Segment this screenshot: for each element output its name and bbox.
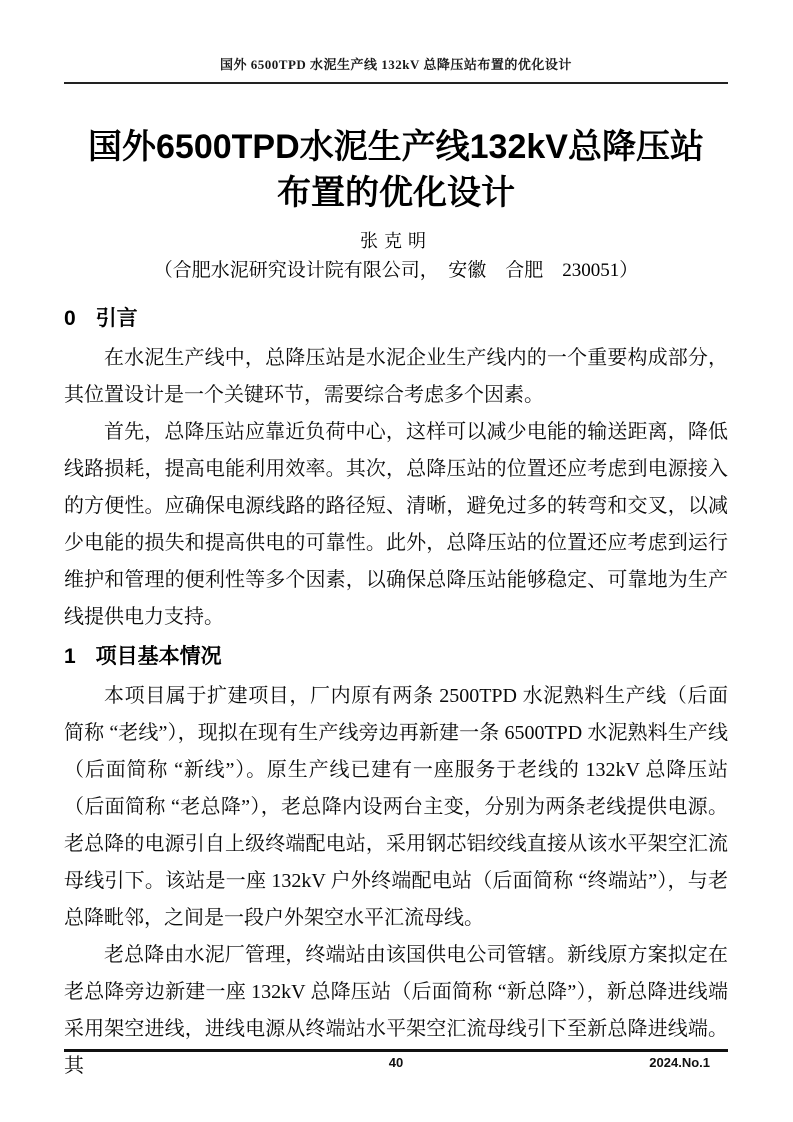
header-rule: [64, 82, 728, 84]
section-heading-0: 0引言: [64, 304, 728, 334]
article-title: 国外6500TPD水泥生产线132kV总降压站 布置的优化设计: [64, 124, 728, 216]
section-number: 1: [64, 645, 76, 668]
section-title: 项目基本情况: [96, 645, 222, 668]
author-affiliation: （合肥水泥研究设计院有限公司， 安徽 合肥 230051）: [64, 257, 728, 284]
section-number: 0: [64, 307, 76, 330]
paragraph: 在水泥生产线中，总降压站是水泥企业生产线内的一个重要构成部分，其位置设计是一个关…: [64, 340, 728, 414]
document-page: 国外 6500TPD 水泥生产线 132kV 总降压站布置的优化设计 国外650…: [0, 0, 793, 1122]
section-heading-1: 1项目基本情况: [64, 642, 728, 672]
running-header-title: 国外 6500TPD 水泥生产线 132kV 总降压站布置的优化设计: [64, 0, 728, 74]
article-title-line1: 国外6500TPD水泥生产线132kV总降压站: [64, 124, 728, 170]
journal-issue-label: 2024.No.1: [649, 1055, 710, 1070]
paragraph: 本项目属于扩建项目，厂内原有两条 2500TPD 水泥熟料生产线（后面简称 “老…: [64, 678, 728, 937]
section-title: 引言: [96, 307, 138, 330]
page-footer: 40 2024.No.1: [64, 1049, 728, 1075]
article-title-line2: 布置的优化设计: [64, 170, 728, 216]
page-number: 40: [389, 1055, 403, 1070]
page-content: 国外 6500TPD 水泥生产线 132kV 总降压站布置的优化设计 国外650…: [64, 0, 728, 1085]
footer-rule: [64, 1049, 728, 1052]
footer-row: 40 2024.No.1: [64, 1055, 728, 1075]
author-name: 张克明: [64, 228, 728, 254]
paragraph: 首先，总降压站应靠近负荷中心，这样可以减少电能的输送距离，降低线路损耗，提高电能…: [64, 414, 728, 636]
